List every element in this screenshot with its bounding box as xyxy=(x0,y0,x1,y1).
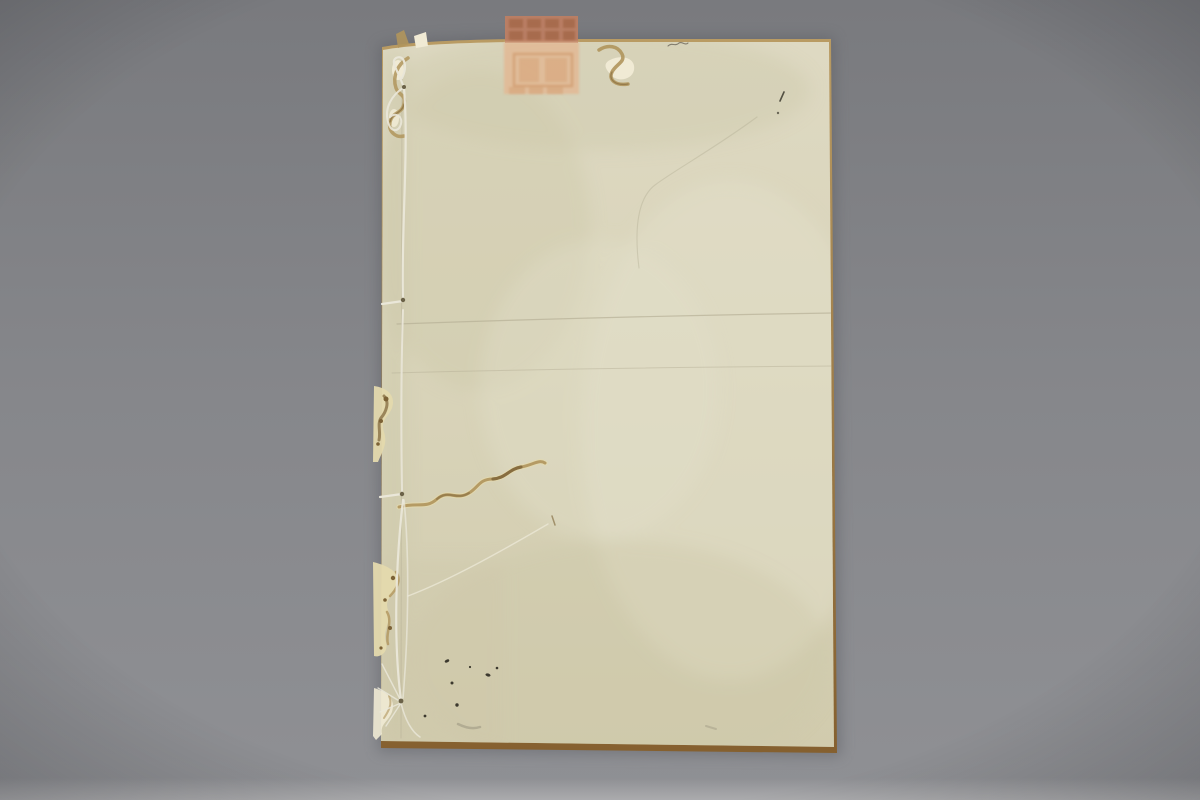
book-photograph xyxy=(0,0,1200,800)
vignette-overlay xyxy=(0,0,1200,800)
photo-stage xyxy=(0,0,1200,800)
